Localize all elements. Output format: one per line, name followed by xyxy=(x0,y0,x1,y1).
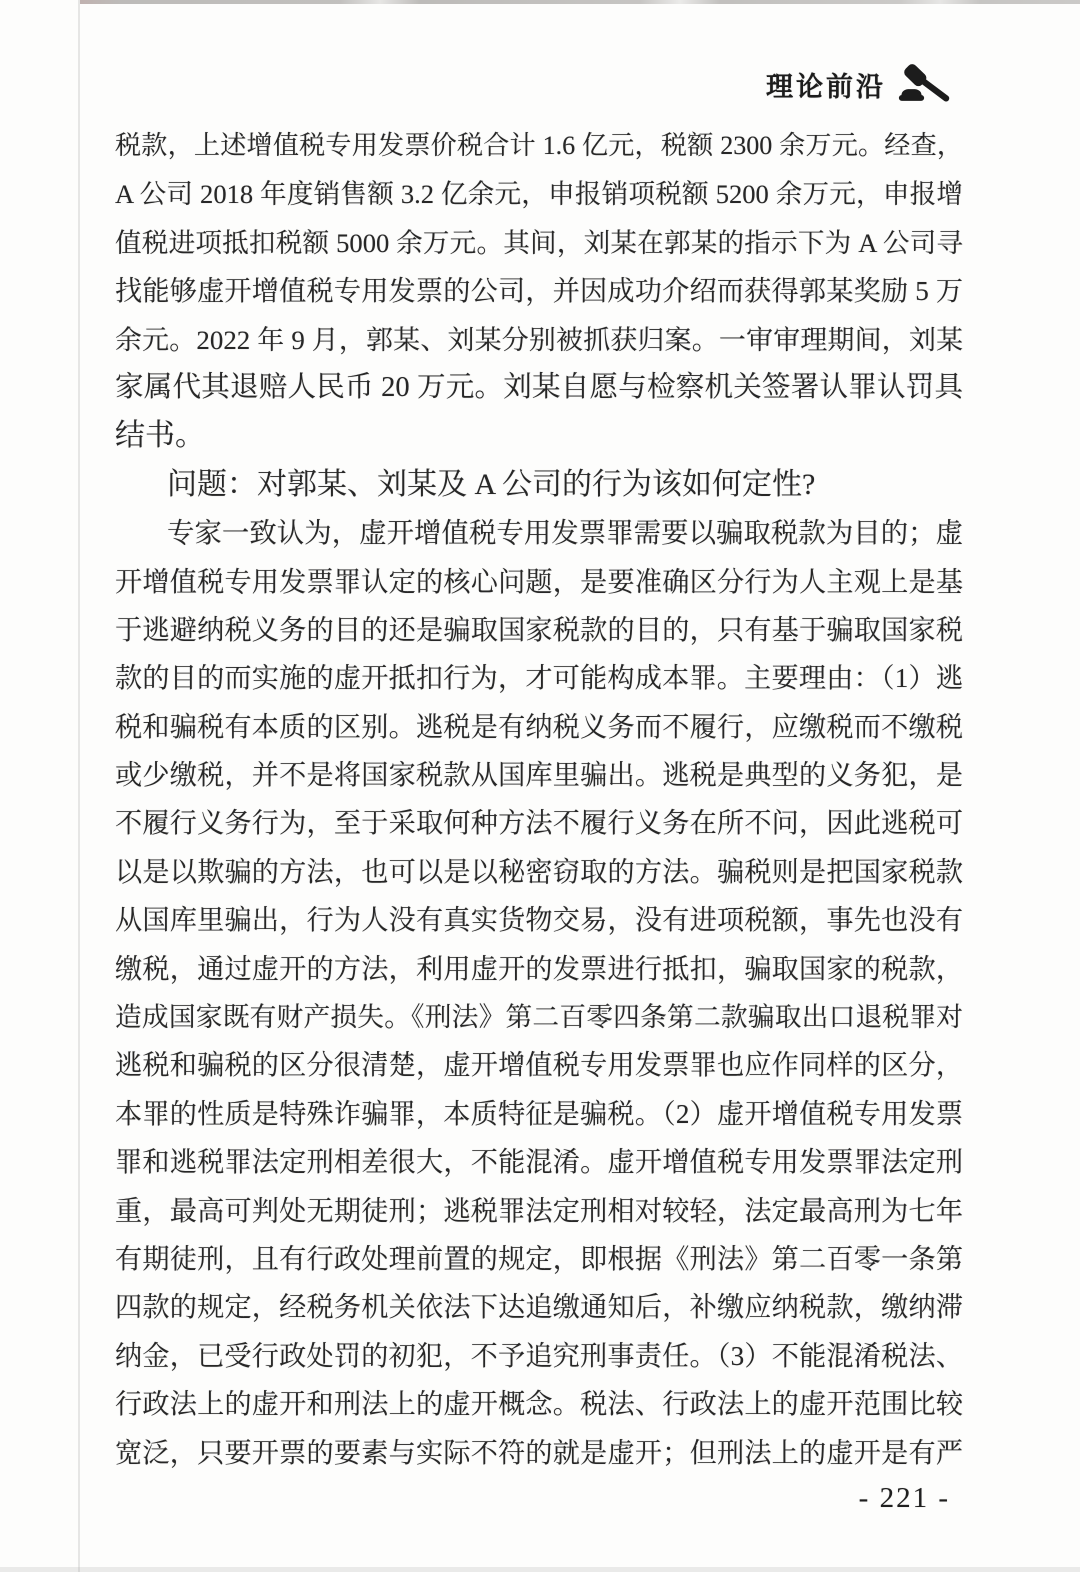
text-line: 税和骗税有本质的区别。逃税是有纳税义务而不履行，应缴税而不缴税 xyxy=(115,703,963,751)
text-line: 纳金，已受行政处罚的初犯，不予追究刑事责任。（3）不能混淆税法、 xyxy=(115,1332,963,1380)
scan-artifact-bottom xyxy=(0,1567,1080,1572)
text-line: 于逃避纳税义务的目的还是骗取国家税款的目的，只有基于骗取国家税 xyxy=(115,606,963,654)
page-header: 理论前沿 xyxy=(766,62,952,106)
text-line: 结书。 xyxy=(115,412,963,460)
text-line: 缴税，通过虚开的方法，利用虚开的发票进行抵扣，骗取国家的税款， xyxy=(115,945,963,993)
body-text: 税款，上述增值税专用发票价税合计 1.6 亿元，税额 2300 余万元。经查，A… xyxy=(115,122,963,1477)
text-line: 有期徒刑，且有行政处理前置的规定，即根据《刑法》第二百零一条第 xyxy=(115,1235,963,1283)
text-line: 找能够虚开增值税专用发票的公司，并因成功介绍而获得郭某奖励 5 万 xyxy=(115,267,963,315)
text-line: 逃税和骗税的区分很清楚，虚开增值税专用发票罪也应作同样的区分， xyxy=(115,1041,963,1089)
text-line: 罪和逃税罪法定刑相差很大，不能混淆。虚开增值税专用发票罪法定刑 xyxy=(115,1138,963,1186)
text-line: 问题：对郭某、刘某及 A 公司的行为该如何定性? xyxy=(115,461,963,509)
text-line: 款的目的而实施的虚开抵扣行为，才可能构成本罪。主要理由：（1）逃 xyxy=(115,654,963,702)
page-number: - 221 - xyxy=(859,1482,950,1515)
book-page: 理论前沿 税款，上述增值税专用发票价税合计 1.6 亿元，税额 2300 余万元… xyxy=(0,0,1080,1572)
text-line: 值税进项抵扣税额 5000 余万元。其间，刘某在郭某的指示下为 A 公司寻 xyxy=(115,219,963,267)
text-line: 家属代其退赔人民币 20 万元。刘某自愿与检察机关签署认罪认罚具 xyxy=(115,364,963,412)
text-line: 税款，上述增值税专用发票价税合计 1.6 亿元，税额 2300 余万元。经查， xyxy=(115,122,963,170)
text-line: 余元。2022 年 9 月，郭某、刘某分别被抓获归案。一审审理期间，刘某 xyxy=(115,316,963,364)
text-line: 开增值税专用发票罪认定的核心问题，是要准确区分行为人主观上是基 xyxy=(115,558,963,606)
text-line: 或少缴税，并不是将国家税款从国库里骗出。逃税是典型的义务犯，是 xyxy=(115,751,963,799)
text-line: 重，最高可判处无期徒刑；逃税罪法定刑相对较轻，法定最高刑为七年 xyxy=(115,1187,963,1235)
scan-artifact-top xyxy=(80,0,1080,4)
text-line: 专家一致认为，虚开增值税专用发票罪需要以骗取税款为目的；虚 xyxy=(115,509,963,557)
gavel-icon xyxy=(898,62,952,106)
text-line: 不履行义务行为，至于采取何种方法不履行义务在所不问，因此逃税可 xyxy=(115,799,963,847)
text-line: 造成国家既有财产损失。《刑法》第二百零四条第二款骗取出口退税罪对 xyxy=(115,993,963,1041)
text-line: 宽泛，只要开票的要素与实际不符的就是虚开；但刑法上的虚开是有严 xyxy=(115,1429,963,1477)
text-line: 行政法上的虚开和刑法上的虚开概念。税法、行政法上的虚开范围比较 xyxy=(115,1380,963,1428)
text-line: 以是以欺骗的方法，也可以是以秘密窃取的方法。骗税则是把国家税款 xyxy=(115,848,963,896)
text-line: 四款的规定，经税务机关依法下达追缴通知后，补缴应纳税款，缴纳滞 xyxy=(115,1283,963,1331)
page-edge-line xyxy=(78,0,80,1572)
section-title: 理论前沿 xyxy=(766,65,886,104)
text-line: A 公司 2018 年度销售额 3.2 亿余元，申报销项税额 5200 余万元，… xyxy=(115,170,963,218)
text-line: 本罪的性质是特殊诈骗罪，本质特征是骗税。（2）虚开增值税专用发票 xyxy=(115,1090,963,1138)
text-line: 从国库里骗出，行为人没有真实货物交易，没有进项税额，事先也没有 xyxy=(115,896,963,944)
